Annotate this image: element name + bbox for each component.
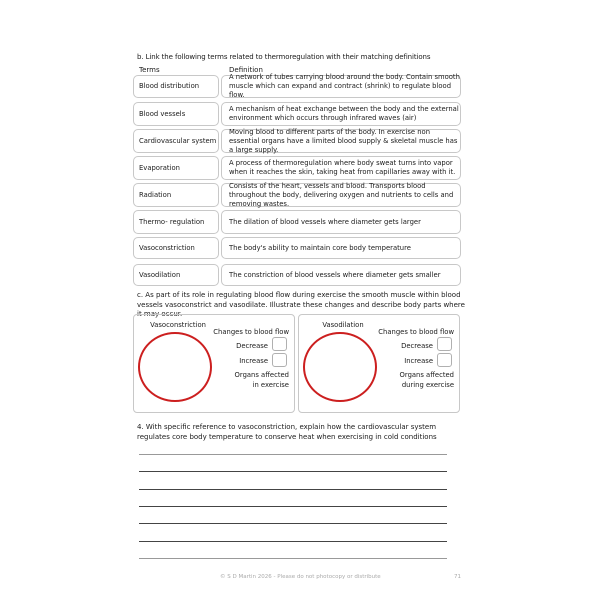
term-box[interactable]: Evaporation <box>133 156 219 180</box>
changes-label: Changes to blood flow <box>213 328 289 336</box>
answer-line[interactable] <box>139 489 447 490</box>
term-label: Vasodilation <box>139 271 180 280</box>
terms-header: Terms <box>139 66 160 74</box>
definition-box[interactable]: The constriction of blood vessels where … <box>221 264 461 286</box>
question-4-text: 4. With specific reference to vasoconstr… <box>137 423 467 442</box>
increase-checkbox[interactable] <box>272 353 287 367</box>
decrease-label: Decrease <box>401 342 433 350</box>
definition-box[interactable]: Consists of the heart, vessels and blood… <box>221 183 461 207</box>
definition-box[interactable]: A network of tubes carrying blood around… <box>221 75 461 98</box>
organs-label: Organs affected during exercise <box>400 371 454 390</box>
increase-label: Increase <box>239 357 268 365</box>
definition-text: Consists of the heart, vessels and blood… <box>229 182 460 209</box>
answer-line[interactable] <box>139 558 447 559</box>
definition-box[interactable]: A process of thermoregulation where body… <box>221 156 461 180</box>
copyright-footer: © S D Martin 2026 - Please do not photoc… <box>220 574 381 580</box>
definition-text: A mechanism of heat exchange between the… <box>229 105 460 123</box>
section-b-instruction: b. Link the following terms related to t… <box>137 53 430 61</box>
worksheet-page: b. Link the following terms related to t… <box>0 0 600 600</box>
vasodilation-panel: Vasodilation Changes to blood flow Decre… <box>298 314 460 413</box>
term-label: Thermo- regulation <box>139 218 204 227</box>
term-box[interactable]: Cardiovascular system <box>133 129 219 153</box>
decrease-checkbox[interactable] <box>272 337 287 351</box>
answer-line[interactable] <box>139 541 447 542</box>
term-label: Radiation <box>139 191 171 200</box>
definition-text: The dilation of blood vessels where diam… <box>229 218 421 227</box>
definition-text: Moving blood to different parts of the b… <box>229 128 460 155</box>
definition-box[interactable]: The body's ability to maintain core body… <box>221 237 461 259</box>
definition-text: A process of thermoregulation where body… <box>229 159 460 177</box>
answer-line[interactable] <box>139 454 447 455</box>
definition-box[interactable]: A mechanism of heat exchange between the… <box>221 102 461 126</box>
organs-label-line-1: Organs affected <box>400 371 454 381</box>
term-label: Blood vessels <box>139 110 185 119</box>
definition-box[interactable]: Moving blood to different parts of the b… <box>221 129 461 153</box>
increase-checkbox[interactable] <box>437 353 452 367</box>
organs-label-line-2: in exercise <box>235 381 289 391</box>
definition-text: A network of tubes carrying blood around… <box>229 73 460 100</box>
drawing-circle[interactable] <box>303 332 377 402</box>
answer-line[interactable] <box>139 471 447 472</box>
organs-label: Organs affected in exercise <box>235 371 289 390</box>
term-box[interactable]: Radiation <box>133 183 219 207</box>
organs-label-line-1: Organs affected <box>235 371 289 381</box>
term-box[interactable]: Blood vessels <box>133 102 219 126</box>
definition-text: The constriction of blood vessels where … <box>229 271 441 280</box>
term-box[interactable]: Blood distribution <box>133 75 219 98</box>
term-box[interactable]: Thermo- regulation <box>133 210 219 234</box>
term-label: Blood distribution <box>139 82 199 91</box>
decrease-checkbox[interactable] <box>437 337 452 351</box>
answer-line[interactable] <box>139 523 447 524</box>
definition-text: The body's ability to maintain core body… <box>229 244 411 253</box>
decrease-label: Decrease <box>236 342 268 350</box>
term-label: Vasoconstriction <box>139 244 195 253</box>
drawing-circle[interactable] <box>138 332 212 402</box>
term-box[interactable]: Vasodilation <box>133 264 219 286</box>
term-box[interactable]: Vasoconstriction <box>133 237 219 259</box>
term-label: Evaporation <box>139 164 180 173</box>
definition-box[interactable]: The dilation of blood vessels where diam… <box>221 210 461 234</box>
answer-line[interactable] <box>139 506 447 507</box>
increase-label: Increase <box>404 357 433 365</box>
changes-label: Changes to blood flow <box>378 328 454 336</box>
organs-label-line-2: during exercise <box>400 381 454 391</box>
term-label: Cardiovascular system <box>139 137 216 146</box>
page-number: 71 <box>454 574 461 580</box>
